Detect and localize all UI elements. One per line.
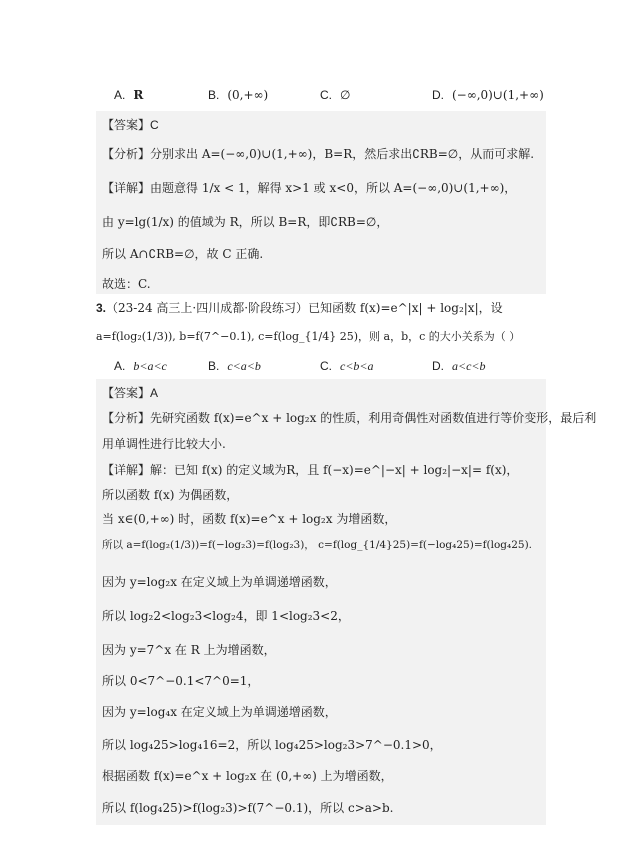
q3-analysis-line-1: 【分析】先研究函数 f(x)=e^x + log₂x 的性质，利用奇偶性对函数值… xyxy=(102,410,596,426)
q2-option-b: B.(0,+∞) xyxy=(208,86,268,104)
q3-detail-line-10: 所以 log₄25>log₄16=2，所以 log₄25>log₂3>7^−0.… xyxy=(102,737,442,753)
q3-option-a: A.b<a<c xyxy=(114,357,167,375)
q2-detail-line-3: 所以 A∩∁RB=∅，故 C 正确. xyxy=(102,246,263,262)
q3-detail-line-1: 【详解】解：已知 f(x) 的定义域为R，且 f(−x)=e^|−x| + lo… xyxy=(102,462,518,478)
q3-detail-line-12: 所以 f(log₄25)>f(log₂3)>f(7^−0.1)，所以 c>a>b… xyxy=(102,800,393,816)
q3-detail-line-8: 所以 0<7^−0.1<7^0=1， xyxy=(102,673,259,689)
q3-detail-line-9: 因为 y=log₄x 在定义域上为单调递增函数， xyxy=(102,704,337,720)
q2-conclusion: 故选：C. xyxy=(102,276,151,292)
q2-answer: 【答案】C xyxy=(102,117,159,133)
q3-detail-line-3: 当 x∈(0,+∞) 时，函数 f(x)=e^x + log₂x 为增函数， xyxy=(102,511,396,527)
q3-option-c: C.c<b<a xyxy=(320,357,374,375)
q3-option-b: B.c<a<b xyxy=(208,357,261,375)
q3-detail-line-6: 所以 log₂2<log₂3<log₂4，即 1<log₂3<2， xyxy=(102,608,350,624)
q3-answer: 【答案】A xyxy=(102,385,158,401)
q3-detail-line-4: 所以 a=f(log₂(1/3))=f(−log₂3)=f(log₂3)， c=… xyxy=(102,537,532,553)
q3-stem-line-2: a=f(log₂(1/3)), b=f(7^−0.1), c=f(log_{1/… xyxy=(96,329,520,345)
q3-detail-line-11: 根据函数 f(x)=e^x + log₂x 在 (0,+∞) 上为增函数， xyxy=(102,768,393,784)
q3-detail-line-2: 所以函数 f(x) 为偶函数， xyxy=(102,487,238,503)
q2-option-a: A.R xyxy=(114,86,143,104)
q2-detail-line-2: 由 y=lg(1/x) 的值域为 R，所以 B=R，即∁RB=∅， xyxy=(102,214,388,230)
q3-option-d: D.a<c<b xyxy=(432,357,486,375)
q2-option-c: C.∅ xyxy=(320,86,350,104)
q3-stem-line-1: 3.（23-24 高三上·四川成都·阶段练习）已知函数 f(x)=e^|x| +… xyxy=(96,300,503,316)
q2-solution-box xyxy=(96,111,546,294)
q3-detail-line-5: 因为 y=log₂x 在定义域上为单调递增函数， xyxy=(102,574,337,590)
q2-option-d: D.(−∞,0)∪(1,+∞) xyxy=(432,86,544,104)
q2-analysis: 【分析】分别求出 A=(−∞,0)∪(1,+∞)，B=R，然后求出∁RB=∅，从… xyxy=(102,146,534,162)
q3-detail-line-7: 因为 y=7^x 在 R 上为增函数， xyxy=(102,642,276,658)
q3-analysis-line-2: 用单调性进行比较大小. xyxy=(102,436,226,452)
q2-detail-line-1: 【详解】由题意得 1/x < 1，解得 x>1 或 x<0，所以 A=(−∞,0… xyxy=(102,180,516,196)
